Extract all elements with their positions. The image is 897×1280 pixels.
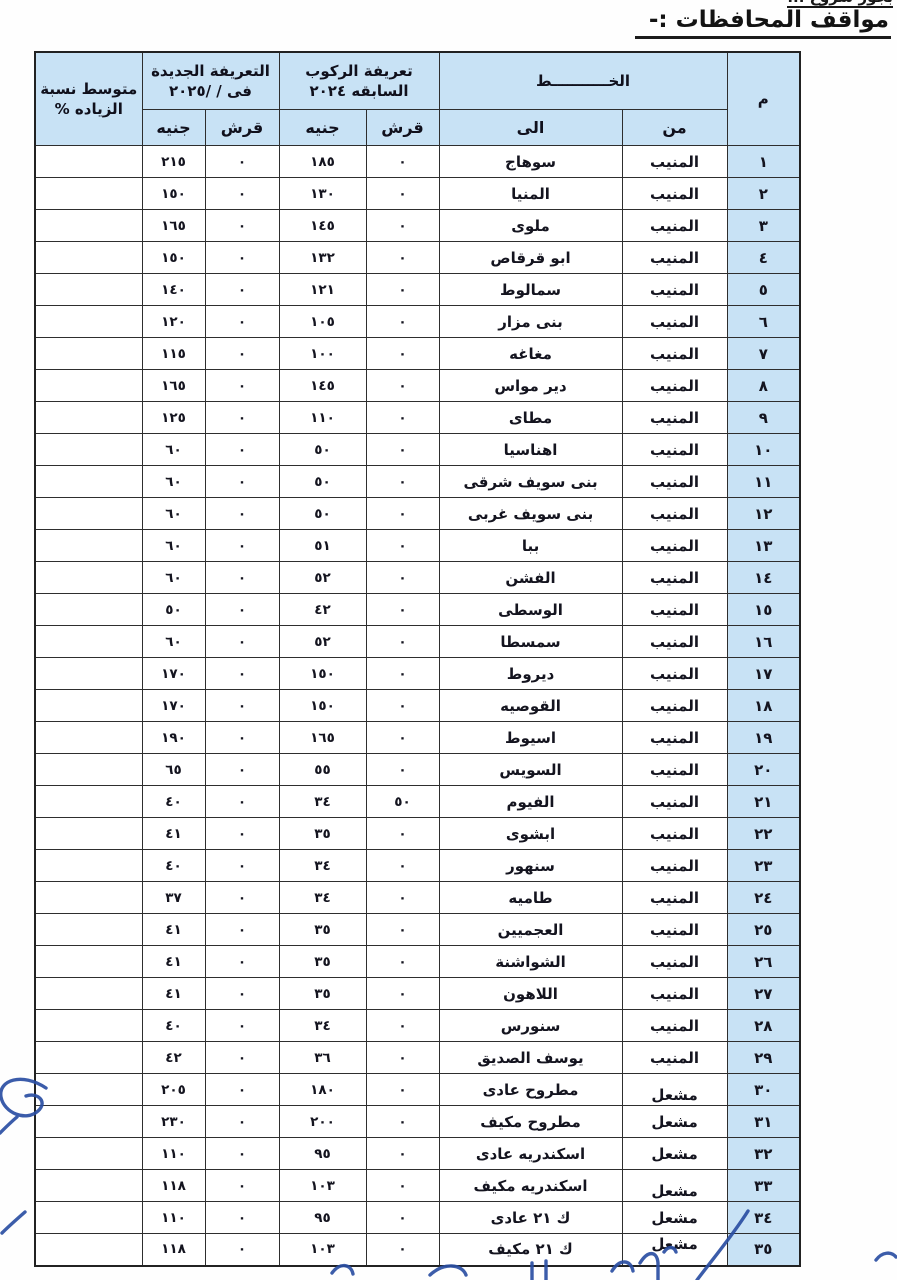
new-qirsh-cell: ٠: [205, 1170, 279, 1202]
new-pound-cell: ٦٠: [142, 466, 205, 498]
new-qirsh-cell: ٠: [205, 786, 279, 818]
table-header: م الخـــــــــــط تعريفة الركوب السابقه …: [35, 52, 800, 146]
table-row: ٣٠ مشعل مطروح عادى ٠ ١٨٠ ٠ ٢٠٥: [35, 1074, 800, 1106]
table-row: ٣١ مشعل مطروح مكيف ٠ ٢٠٠ ٠ ٢٣٠: [35, 1106, 800, 1138]
new-pound-cell: ٦٠: [142, 434, 205, 466]
new-pound-cell: ٦٠: [142, 530, 205, 562]
row-number-cell: ٣٥: [727, 1234, 800, 1266]
to-cell: الفشن: [439, 562, 622, 594]
prev-pound-cell: ١٠٣: [279, 1234, 366, 1266]
avg-increase-cell: [35, 306, 142, 338]
row-number-cell: ١٥: [727, 594, 800, 626]
from-cell: المنيب: [622, 370, 727, 402]
new-pound-cell: ٣٧: [142, 882, 205, 914]
table-row: ١٣ المنيب ببا ٠ ٥١ ٠ ٦٠: [35, 530, 800, 562]
new-pound-cell: ٤١: [142, 914, 205, 946]
avg-increase-cell: [35, 1106, 142, 1138]
col-header-new-qirsh: قرش: [205, 110, 279, 146]
prev-tariff-line1: تعريفة الركوب: [305, 62, 412, 80]
prev-qirsh-cell: ٠: [366, 850, 439, 882]
new-qirsh-cell: ٠: [205, 1042, 279, 1074]
new-pound-cell: ٤١: [142, 818, 205, 850]
avg-increase-cell: [35, 146, 142, 178]
prev-qirsh-cell: ٠: [366, 146, 439, 178]
new-qirsh-cell: ٠: [205, 818, 279, 850]
to-cell: ك ٢١ مكيف: [439, 1234, 622, 1266]
col-header-avg-increase: متوسط نسبة الزياده %: [35, 52, 142, 146]
new-qirsh-cell: ٠: [205, 370, 279, 402]
table-row: ٣٤ مشعل ك ٢١ عادى ٠ ٩٥ ٠ ١١٠: [35, 1202, 800, 1234]
prev-pound-cell: ١٠٥: [279, 306, 366, 338]
to-cell: بنى سويف غربى: [439, 498, 622, 530]
pen-scribble-2: [430, 1266, 466, 1275]
prev-pound-cell: ١٤٥: [279, 370, 366, 402]
new-pound-cell: ١٧٠: [142, 690, 205, 722]
table-row: ٣٣ مشعل اسكندريه مكيف ٠ ١٠٣ ٠ ١١٨: [35, 1170, 800, 1202]
new-pound-cell: ٥٠: [142, 594, 205, 626]
from-cell: المنيب: [622, 786, 727, 818]
row-number-cell: ٣٠: [727, 1074, 800, 1106]
row-number-cell: ١٧: [727, 658, 800, 690]
new-qirsh-cell: ٠: [205, 914, 279, 946]
prev-pound-cell: ٥٢: [279, 562, 366, 594]
prev-pound-cell: ١٦٥: [279, 722, 366, 754]
new-qirsh-cell: ٠: [205, 594, 279, 626]
new-qirsh-cell: ٠: [205, 274, 279, 306]
from-cell: مشعل: [622, 1234, 727, 1266]
col-header-no: م: [727, 52, 800, 146]
prev-pound-cell: ٥١: [279, 530, 366, 562]
avg-increase-cell: [35, 178, 142, 210]
prev-qirsh-cell: ٠: [366, 242, 439, 274]
new-qirsh-cell: ٠: [205, 1138, 279, 1170]
row-number-cell: ٢٠: [727, 754, 800, 786]
from-cell: المنيب: [622, 530, 727, 562]
to-cell: اسكندريه مكيف: [439, 1170, 622, 1202]
from-cell: مشعل: [622, 1202, 727, 1234]
new-pound-cell: ١١٨: [142, 1234, 205, 1266]
from-cell: المنيب: [622, 690, 727, 722]
to-cell: ديروط: [439, 658, 622, 690]
prev-pound-cell: ١٢١: [279, 274, 366, 306]
avg-increase-cell: [35, 210, 142, 242]
avg-increase-line2: الزياده %: [55, 100, 123, 118]
prev-qirsh-cell: ٠: [366, 530, 439, 562]
new-qirsh-cell: ٠: [205, 146, 279, 178]
prev-qirsh-cell: ٠: [366, 306, 439, 338]
page-title: مواقف المحافظات :-: [635, 7, 891, 39]
from-cell: المنيب: [622, 946, 727, 978]
table-row: ٢١ المنيب الفيوم ٥٠ ٣٤ ٠ ٤٠: [35, 786, 800, 818]
from-cell: المنيب: [622, 818, 727, 850]
to-cell: مغاغه: [439, 338, 622, 370]
to-cell: اللاهون: [439, 978, 622, 1010]
prev-pound-cell: ٣٥: [279, 946, 366, 978]
to-cell: الوسطى: [439, 594, 622, 626]
avg-increase-cell: [35, 338, 142, 370]
prev-qirsh-cell: ٠: [366, 594, 439, 626]
prev-qirsh-cell: ٠: [366, 946, 439, 978]
prev-qirsh-cell: ٠: [366, 210, 439, 242]
avg-increase-cell: [35, 1234, 142, 1266]
new-pound-cell: ١٤٠: [142, 274, 205, 306]
from-cell: المنيب: [622, 1042, 727, 1074]
new-qirsh-cell: ٠: [205, 690, 279, 722]
prev-pound-cell: ١٠٣: [279, 1170, 366, 1202]
prev-qirsh-cell: ٠: [366, 178, 439, 210]
to-cell: الفيوم: [439, 786, 622, 818]
prev-pound-cell: ١٠٠: [279, 338, 366, 370]
avg-increase-cell: [35, 562, 142, 594]
new-pound-cell: ٦٠: [142, 626, 205, 658]
to-cell: سنهور: [439, 850, 622, 882]
row-number-cell: ٣١: [727, 1106, 800, 1138]
table-row: ٢٧ المنيب اللاهون ٠ ٣٥ ٠ ٤١: [35, 978, 800, 1010]
prev-qirsh-cell: ٥٠: [366, 786, 439, 818]
to-cell: اسيوط: [439, 722, 622, 754]
table-row: ٢ المنيب المنيا ٠ ١٣٠ ٠ ١٥٠: [35, 178, 800, 210]
table-row: ٣ المنيب ملوى ٠ ١٤٥ ٠ ١٦٥: [35, 210, 800, 242]
avg-increase-cell: [35, 434, 142, 466]
avg-increase-cell: [35, 274, 142, 306]
new-qirsh-cell: ٠: [205, 882, 279, 914]
avg-increase-cell: [35, 1042, 142, 1074]
prev-pound-cell: ٣٤: [279, 882, 366, 914]
prev-qirsh-cell: ٠: [366, 658, 439, 690]
to-cell: سنورس: [439, 1010, 622, 1042]
from-cell: المنيب: [622, 754, 727, 786]
table-row: ١٦ المنيب سمسطا ٠ ٥٢ ٠ ٦٠: [35, 626, 800, 658]
avg-increase-cell: [35, 722, 142, 754]
new-pound-cell: ٢٠٥: [142, 1074, 205, 1106]
row-number-cell: ٢٥: [727, 914, 800, 946]
new-pound-cell: ٢٣٠: [142, 1106, 205, 1138]
new-qirsh-cell: ٠: [205, 1202, 279, 1234]
prev-qirsh-cell: ٠: [366, 1138, 439, 1170]
to-cell: مطروح عادى: [439, 1074, 622, 1106]
row-number-cell: ٧: [727, 338, 800, 370]
prev-qirsh-cell: ٠: [366, 370, 439, 402]
row-number-cell: ١٢: [727, 498, 800, 530]
from-cell: المنيب: [622, 274, 727, 306]
avg-increase-cell: [35, 1170, 142, 1202]
new-tariff-line2: فى / /٢٠٢٥: [169, 82, 252, 100]
new-qirsh-cell: ٠: [205, 242, 279, 274]
new-pound-cell: ٤٠: [142, 1010, 205, 1042]
to-cell: ابو قرقاص: [439, 242, 622, 274]
table-row: ٤ المنيب ابو قرقاص ٠ ١٣٢ ٠ ١٥٠: [35, 242, 800, 274]
prev-qirsh-cell: ٠: [366, 498, 439, 530]
new-pound-cell: ١١٥: [142, 338, 205, 370]
new-pound-cell: ٦٠: [142, 562, 205, 594]
row-number-cell: ١٩: [727, 722, 800, 754]
to-cell: مطروح مكيف: [439, 1106, 622, 1138]
row-number-cell: ٣٣: [727, 1170, 800, 1202]
pen-corner-stroke: [2, 1212, 25, 1233]
row-number-cell: ١٦: [727, 626, 800, 658]
prev-qirsh-cell: ٠: [366, 882, 439, 914]
from-cell: مشعل: [622, 1170, 727, 1202]
row-number-cell: ٢: [727, 178, 800, 210]
new-qirsh-cell: ٠: [205, 338, 279, 370]
row-number-cell: ١٣: [727, 530, 800, 562]
table-row: ٢٩ المنيب يوسف الصديق ٠ ٣٦ ٠ ٤٢: [35, 1042, 800, 1074]
prev-pound-cell: ١٨٠: [279, 1074, 366, 1106]
from-cell: المنيب: [622, 402, 727, 434]
new-qirsh-cell: ٠: [205, 530, 279, 562]
prev-qirsh-cell: ٠: [366, 338, 439, 370]
new-pound-cell: ١١٨: [142, 1170, 205, 1202]
pen-corner-right: [876, 1253, 896, 1260]
to-cell: دير مواس: [439, 370, 622, 402]
prev-pound-cell: ٥٠: [279, 434, 366, 466]
prev-qirsh-cell: ٠: [366, 722, 439, 754]
prev-pound-cell: ٣٦: [279, 1042, 366, 1074]
from-cell: المنيب: [622, 434, 727, 466]
avg-increase-cell: [35, 978, 142, 1010]
new-qirsh-cell: ٠: [205, 466, 279, 498]
row-number-cell: ١: [727, 146, 800, 178]
scanned-page: بجوز شروع ... مواقف المحافظات :- م الخــ…: [0, 0, 897, 1280]
prev-pound-cell: ٣٥: [279, 914, 366, 946]
new-pound-cell: ١٦٥: [142, 370, 205, 402]
table-row: ٨ المنيب دير مواس ٠ ١٤٥ ٠ ١٦٥: [35, 370, 800, 402]
col-header-line-group: الخـــــــــــط: [439, 52, 727, 110]
row-number-cell: ٢٤: [727, 882, 800, 914]
row-number-cell: ٢١: [727, 786, 800, 818]
new-pound-cell: ١١٠: [142, 1202, 205, 1234]
from-cell: المنيب: [622, 658, 727, 690]
prev-tariff-line2: السابقه ٢٠٢٤: [309, 82, 408, 100]
col-header-new-pound: جنيه: [142, 110, 205, 146]
from-cell: المنيب: [622, 562, 727, 594]
from-cell: مشعل: [622, 1106, 727, 1138]
new-qirsh-cell: ٠: [205, 658, 279, 690]
row-number-cell: ٣: [727, 210, 800, 242]
prev-pound-cell: ٥٢: [279, 626, 366, 658]
from-cell: المنيب: [622, 498, 727, 530]
row-number-cell: ٢٦: [727, 946, 800, 978]
table-row: ١٤ المنيب الفشن ٠ ٥٢ ٠ ٦٠: [35, 562, 800, 594]
row-number-cell: ٢٩: [727, 1042, 800, 1074]
new-qirsh-cell: ٠: [205, 306, 279, 338]
avg-increase-line1: متوسط نسبة: [40, 80, 137, 98]
new-qirsh-cell: ٠: [205, 978, 279, 1010]
prev-pound-cell: ٣٤: [279, 786, 366, 818]
new-pound-cell: ٤٢: [142, 1042, 205, 1074]
to-cell: طاميه: [439, 882, 622, 914]
to-cell: سوهاج: [439, 146, 622, 178]
to-cell: المنيا: [439, 178, 622, 210]
avg-increase-cell: [35, 1202, 142, 1234]
new-pound-cell: ١٩٠: [142, 722, 205, 754]
avg-increase-cell: [35, 914, 142, 946]
pen-loop-tail: [0, 1117, 17, 1133]
new-tariff-line1: التعريفة الجديدة: [151, 62, 270, 80]
to-cell: سمالوط: [439, 274, 622, 306]
row-number-cell: ٩: [727, 402, 800, 434]
new-pound-cell: ٤٠: [142, 786, 205, 818]
new-qirsh-cell: ٠: [205, 850, 279, 882]
prev-qirsh-cell: ٠: [366, 1074, 439, 1106]
avg-increase-cell: [35, 946, 142, 978]
from-cell: المنيب: [622, 978, 727, 1010]
table-row: ١٨ المنيب القوصيه ٠ ١٥٠ ٠ ١٧٠: [35, 690, 800, 722]
prev-qirsh-cell: ٠: [366, 626, 439, 658]
prev-qirsh-cell: ٠: [366, 562, 439, 594]
prev-pound-cell: ٣٤: [279, 850, 366, 882]
new-pound-cell: ٦٠: [142, 498, 205, 530]
table-row: ٦ المنيب بنى مزار ٠ ١٠٥ ٠ ١٢٠: [35, 306, 800, 338]
col-header-from: من: [622, 110, 727, 146]
prev-pound-cell: ١٣٢: [279, 242, 366, 274]
new-pound-cell: ٤٠: [142, 850, 205, 882]
col-header-prev-tariff-group: تعريفة الركوب السابقه ٢٠٢٤: [279, 52, 439, 110]
avg-increase-cell: [35, 754, 142, 786]
col-header-prev-qirsh: قرش: [366, 110, 439, 146]
new-qirsh-cell: ٠: [205, 626, 279, 658]
prev-pound-cell: ١٨٥: [279, 146, 366, 178]
row-number-cell: ٢٣: [727, 850, 800, 882]
avg-increase-cell: [35, 818, 142, 850]
new-pound-cell: ١٥٠: [142, 178, 205, 210]
prev-qirsh-cell: ٠: [366, 274, 439, 306]
table-row: ٢٦ المنيب الشواشنة ٠ ٣٥ ٠ ٤١: [35, 946, 800, 978]
col-header-new-tariff-group: التعريفة الجديدة فى / /٢٠٢٥: [142, 52, 279, 110]
table-row: ٢٠ المنيب السويس ٠ ٥٥ ٠ ٦٥: [35, 754, 800, 786]
prev-qirsh-cell: ٠: [366, 1042, 439, 1074]
row-number-cell: ٣٤: [727, 1202, 800, 1234]
to-cell: السويس: [439, 754, 622, 786]
prev-qirsh-cell: ٠: [366, 1106, 439, 1138]
prev-qirsh-cell: ٠: [366, 1202, 439, 1234]
to-cell: بنى مزار: [439, 306, 622, 338]
from-cell: المنيب: [622, 882, 727, 914]
to-cell: اسكندريه عادى: [439, 1138, 622, 1170]
prev-pound-cell: ١٣٠: [279, 178, 366, 210]
table-row: ٢٥ المنيب العجميين ٠ ٣٥ ٠ ٤١: [35, 914, 800, 946]
prev-qirsh-cell: ٠: [366, 1170, 439, 1202]
to-cell: بنى سويف شرقى: [439, 466, 622, 498]
from-cell: المنيب: [622, 210, 727, 242]
avg-increase-cell: [35, 370, 142, 402]
prev-qirsh-cell: ٠: [366, 434, 439, 466]
governorate-fares-table: م الخـــــــــــط تعريفة الركوب السابقه …: [34, 51, 801, 1267]
prev-pound-cell: ٥٠: [279, 498, 366, 530]
prev-qirsh-cell: ٠: [366, 690, 439, 722]
table-row: ١٧ المنيب ديروط ٠ ١٥٠ ٠ ١٧٠: [35, 658, 800, 690]
row-number-cell: ٢٢: [727, 818, 800, 850]
prev-pound-cell: ٣٥: [279, 818, 366, 850]
avg-increase-cell: [35, 1138, 142, 1170]
new-qirsh-cell: ٠: [205, 1010, 279, 1042]
row-number-cell: ٤: [727, 242, 800, 274]
to-cell: اهناسيا: [439, 434, 622, 466]
prev-pound-cell: ١١٠: [279, 402, 366, 434]
table-row: ٣٥ مشعل ك ٢١ مكيف ٠ ١٠٣ ٠ ١١٨: [35, 1234, 800, 1266]
avg-increase-cell: [35, 786, 142, 818]
new-qirsh-cell: ٠: [205, 178, 279, 210]
new-qirsh-cell: ٠: [205, 1234, 279, 1266]
row-number-cell: ٢٨: [727, 1010, 800, 1042]
to-cell: ملوى: [439, 210, 622, 242]
prev-pound-cell: ٥٠: [279, 466, 366, 498]
new-pound-cell: ٢١٥: [142, 146, 205, 178]
avg-increase-cell: [35, 498, 142, 530]
table-row: ٢٤ المنيب طاميه ٠ ٣٤ ٠ ٣٧: [35, 882, 800, 914]
new-qirsh-cell: ٠: [205, 434, 279, 466]
new-qirsh-cell: ٠: [205, 754, 279, 786]
row-number-cell: ٢٧: [727, 978, 800, 1010]
table-body: ١ المنيب سوهاج ٠ ١٨٥ ٠ ٢١٥ ٢ المنيب المن…: [35, 146, 800, 1266]
table-row: ٢٢ المنيب ابشوى ٠ ٣٥ ٠ ٤١: [35, 818, 800, 850]
table-row: ١ المنيب سوهاج ٠ ١٨٥ ٠ ٢١٥: [35, 146, 800, 178]
avg-increase-cell: [35, 658, 142, 690]
to-cell: العجميين: [439, 914, 622, 946]
row-number-cell: ٦: [727, 306, 800, 338]
prev-qirsh-cell: ٠: [366, 402, 439, 434]
new-pound-cell: ١٢٥: [142, 402, 205, 434]
table-row: ١٠ المنيب اهناسيا ٠ ٥٠ ٠ ٦٠: [35, 434, 800, 466]
avg-increase-cell: [35, 1074, 142, 1106]
to-cell: يوسف الصديق: [439, 1042, 622, 1074]
row-number-cell: ٥: [727, 274, 800, 306]
to-cell: الشواشنة: [439, 946, 622, 978]
new-qirsh-cell: ٠: [205, 722, 279, 754]
row-number-cell: ١٤: [727, 562, 800, 594]
new-pound-cell: ١١٠: [142, 1138, 205, 1170]
new-qirsh-cell: ٠: [205, 210, 279, 242]
avg-increase-cell: [35, 626, 142, 658]
prev-pound-cell: ٩٥: [279, 1138, 366, 1170]
new-pound-cell: ٤١: [142, 978, 205, 1010]
new-qirsh-cell: ٠: [205, 498, 279, 530]
new-pound-cell: ١٥٠: [142, 242, 205, 274]
new-qirsh-cell: ٠: [205, 1106, 279, 1138]
prev-qirsh-cell: ٠: [366, 1234, 439, 1266]
from-cell: المنيب: [622, 338, 727, 370]
prev-pound-cell: ٤٢: [279, 594, 366, 626]
to-cell: ك ٢١ عادى: [439, 1202, 622, 1234]
prev-pound-cell: ٥٥: [279, 754, 366, 786]
row-number-cell: ١١: [727, 466, 800, 498]
from-cell: المنيب: [622, 306, 727, 338]
table-row: ١١ المنيب بنى سويف شرقى ٠ ٥٠ ٠ ٦٠: [35, 466, 800, 498]
table-row: ٥ المنيب سمالوط ٠ ١٢١ ٠ ١٤٠: [35, 274, 800, 306]
avg-increase-cell: [35, 530, 142, 562]
from-cell: المنيب: [622, 850, 727, 882]
table-row: ١٢ المنيب بنى سويف غربى ٠ ٥٠ ٠ ٦٠: [35, 498, 800, 530]
table-row: ٩ المنيب مطاى ٠ ١١٠ ٠ ١٢٥: [35, 402, 800, 434]
prev-pound-cell: ١٥٠: [279, 690, 366, 722]
table-row: ٧ المنيب مغاغه ٠ ١٠٠ ٠ ١١٥: [35, 338, 800, 370]
prev-qirsh-cell: ٠: [366, 914, 439, 946]
row-number-cell: ٨: [727, 370, 800, 402]
from-cell: المنيب: [622, 146, 727, 178]
avg-increase-cell: [35, 882, 142, 914]
new-pound-cell: ١٧٠: [142, 658, 205, 690]
from-cell: المنيب: [622, 1010, 727, 1042]
to-cell: سمسطا: [439, 626, 622, 658]
avg-increase-cell: [35, 402, 142, 434]
prev-qirsh-cell: ٠: [366, 754, 439, 786]
pen-scribble-1: [332, 1266, 353, 1274]
table-row: ١٥ المنيب الوسطى ٠ ٤٢ ٠ ٥٠: [35, 594, 800, 626]
to-cell: القوصيه: [439, 690, 622, 722]
from-cell: مشعل: [622, 1074, 727, 1106]
to-cell: ببا: [439, 530, 622, 562]
row-number-cell: ١٠: [727, 434, 800, 466]
